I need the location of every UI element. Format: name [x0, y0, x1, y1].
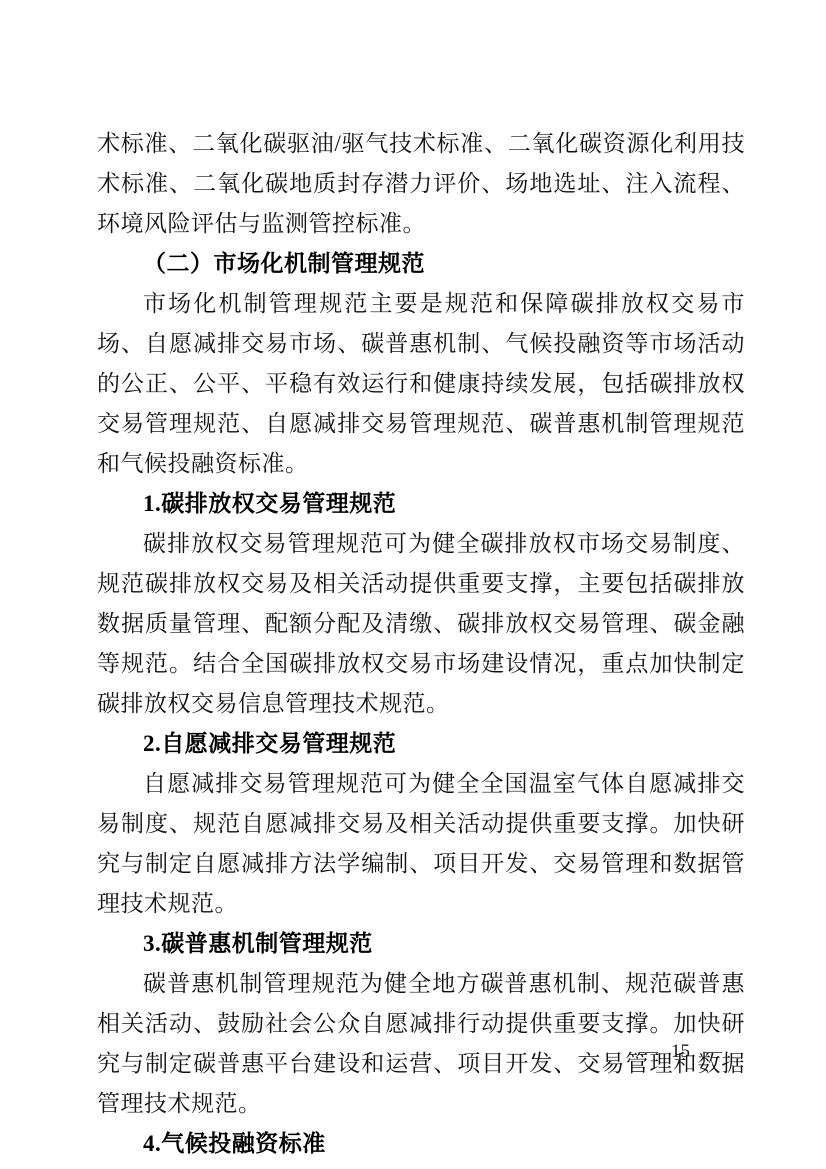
- paragraph-voluntary-reduction-trading: 自愿减排交易管理规范可为健全全国温室气体自愿减排交易制度、规范自愿减排交易及相关…: [97, 764, 745, 924]
- document-body: 术标准、二氧化碳驱油/驱气技术标准、二氧化碳资源化利用技术标准、二氧化碳地质封存…: [97, 124, 745, 1164]
- subsection-heading-2-voluntary-reduction-trading: 2.自愿减排交易管理规范: [97, 724, 745, 764]
- paragraph-carbon-emission-trading: 碳排放权交易管理规范可为健全碳排放权市场交易制度、规范碳排放权交易及相关活动提供…: [97, 524, 745, 724]
- subsection-heading-3-carbon-inclusion-mechanism: 3.碳普惠机制管理规范: [97, 924, 745, 964]
- subsection-heading-4-climate-investment-financing: 4.气候投融资标准: [97, 1124, 745, 1164]
- section-heading-2: （二）市场化机制管理规范: [97, 244, 745, 284]
- paragraph-continuation: 术标准、二氧化碳驱油/驱气技术标准、二氧化碳资源化利用技术标准、二氧化碳地质封存…: [97, 124, 745, 244]
- subsection-heading-1-carbon-emission-trading: 1.碳排放权交易管理规范: [97, 484, 745, 524]
- paragraph-market-mechanism-overview: 市场化机制管理规范主要是规范和保障碳排放权交易市场、自愿减排交易市场、碳普惠机制…: [97, 284, 745, 484]
- page-footer: — 15 —: [639, 1041, 722, 1063]
- footer-right-dash: —: [703, 1041, 722, 1063]
- footer-left-dash: —: [639, 1041, 658, 1063]
- document-page: 术标准、二氧化碳驱油/驱气技术标准、二氧化碳资源化利用技术标准、二氧化碳地质封存…: [0, 0, 826, 1169]
- page-number: 15: [671, 1041, 690, 1063]
